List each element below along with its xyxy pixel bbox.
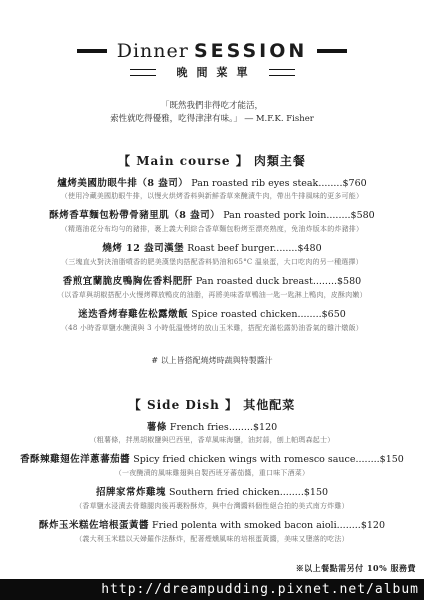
logo-subtitle: 晚間菜單 — [168, 64, 257, 80]
section-heading-side-dish: 【 Side Dish 】 其他配菜 — [0, 396, 424, 413]
menu-item-name-zh: 香酥辣雞翅佐洋蔥蕃茄醬 — [20, 454, 130, 465]
menu-item: 燒烤 12 盎司漢堡 Roast beef burger........$480… — [0, 243, 424, 267]
menu-item-price: $580 — [337, 276, 361, 287]
menu-item-title: 爐烤美國肋眼牛排（8 盎司） Pan roasted rib eyes stea… — [0, 178, 424, 191]
logo-title: Dinner SESSION — [117, 40, 308, 62]
menu-item-name-en: Southern fried chicken — [169, 487, 280, 498]
quote: 「既然我們非得吃才能活， 索性就吃得優雅，吃得津津有味。」 ― M.F.K. F… — [0, 100, 424, 126]
menu-item-title: 迷迭香烤春雞佐松露燉飯 Spice roasted chicken.......… — [0, 309, 424, 322]
menu-item-name-en: French fries — [170, 422, 229, 433]
menu-item-title: 香煎宜蘭脆皮鴨胸佐香料肥肝 Pan roasted duck breast...… — [0, 276, 424, 289]
menu-item-description: （一夜醃漬的風味雞翅與自製西班牙蕃茄醬，重口味下酒菜） — [0, 468, 424, 478]
menu-item-price: $150 — [304, 487, 328, 498]
menu-item-title: 招牌家常炸雞塊 Southern fried chicken........$1… — [0, 487, 424, 500]
menu-item-description: （48 小時香草鹽水醃漬與 3 小時低溫慢烤的放山玉米雞，搭配充滿松露奶油香氣的… — [0, 323, 424, 333]
menu-item-title: 薯條 French fries........$120 — [0, 422, 424, 435]
menu-item-price: $480 — [297, 243, 321, 254]
dot-leader: ........ — [297, 309, 321, 320]
menu-item: 迷迭香烤春雞佐松露燉飯 Spice roasted chicken.......… — [0, 309, 424, 333]
menu-item: 爐烤美國肋眼牛排（8 盎司） Pan roasted rib eyes stea… — [0, 178, 424, 202]
dot-leader: ........ — [229, 422, 253, 433]
quote-line-2: 索性就吃得優雅，吃得津津有味。」 ― M.F.K. Fisher — [0, 113, 424, 126]
service-charge-note: ※以上餐點需另付 10% 服務費 — [296, 563, 416, 574]
watermark-url-bar: http://dreampudding.pixnet.net/album — [0, 579, 424, 600]
main-course-note: # 以上皆搭配燒烤時蔬與特製醬汁 — [0, 355, 424, 366]
menu-item-title: 酥烤香草麵包粉帶骨豬里肌（8 盎司） Pan roasted pork loin… — [0, 210, 424, 223]
menu-item-name-en: Pan roasted rib eyes steak — [191, 178, 318, 189]
section-heading-main-course: 【 Main course 】 肉類主餐 — [0, 152, 424, 169]
quote-line-1: 「既然我們非得吃才能活， — [0, 100, 424, 113]
menu-item-description: （香草鹽水浸漬去骨雞腿肉後再裹粉酥炸，與中台灣醬料個性絕合拍的美式南方炸雞） — [0, 501, 424, 511]
dot-leader: ........ — [326, 210, 350, 221]
logo-right-bar — [317, 49, 347, 53]
menu-item-price: $650 — [322, 309, 346, 320]
menu-item-name-en: Pan roasted pork loin — [223, 210, 326, 221]
menu-item-name-zh: 酥烤香草麵包粉帶骨豬里肌（8 盎司） — [49, 210, 220, 221]
menu-item-description: （粗薯條，拌黑胡椒鹽與巴西里，香草風味海鹽，油封蒜，刨上帕瑪森起士） — [0, 435, 424, 445]
menu-item-name-zh: 薯條 — [147, 422, 167, 433]
menu-item-title: 酥炸玉米糕佐培根蛋黃醬 Fried polenta with smoked ba… — [0, 520, 424, 533]
menu-item-name-zh: 爐烤美國肋眼牛排（8 盎司） — [57, 178, 188, 189]
menu-item-name-zh: 酥炸玉米糕佐培根蛋黃醬 — [39, 520, 149, 531]
menu-item-name-en: Spice roasted chicken — [191, 309, 297, 320]
menu-item-name-zh: 燒烤 12 盎司漢堡 — [102, 243, 184, 254]
menu-item-name-zh: 香煎宜蘭脆皮鴨胸佐香料肥肝 — [63, 276, 193, 287]
menu-item-name-en: Fried polenta with smoked bacon aioli — [152, 520, 337, 531]
dot-leader: ........ — [313, 276, 337, 287]
menu-item-name-en: Roast beef burger — [187, 243, 273, 254]
menu-item-name-en: Pan roasted duck breast — [196, 276, 313, 287]
menu-item-price: $580 — [351, 210, 375, 221]
main-course-items: 爐烤美國肋眼牛排（8 盎司） Pan roasted rib eyes stea… — [0, 178, 424, 333]
menu-page: Dinner SESSION 晚間菜單 「既然我們非得吃才能活， 索性就吃得優雅… — [0, 0, 424, 600]
logo-title-session: SESSION — [194, 40, 307, 62]
menu-item-price: $120 — [361, 520, 385, 531]
menu-item-price: $150 — [380, 454, 404, 465]
menu-item: 酥炸玉米糕佐培根蛋黃醬 Fried polenta with smoked ba… — [0, 520, 424, 544]
menu-item: 香酥辣雞翅佐洋蔥蕃茄醬 Spicy fried chicken wings wi… — [0, 454, 424, 478]
dot-leader: ........ — [280, 487, 304, 498]
menu-item-name-zh: 招牌家常炸雞塊 — [96, 487, 166, 498]
menu-item: 香煎宜蘭脆皮鴨胸佐香料肥肝 Pan roasted duck breast...… — [0, 276, 424, 300]
menu-item: 酥烤香草麵包粉帶骨豬里肌（8 盎司） Pan roasted pork loin… — [0, 210, 424, 234]
dot-leader: ........ — [355, 454, 379, 465]
menu-item-price: $120 — [253, 422, 277, 433]
logo-title-dinner: Dinner — [117, 40, 189, 62]
logo: Dinner SESSION — [0, 40, 424, 62]
logo-subtitle-row: 晚間菜單 — [0, 64, 424, 80]
menu-item: 招牌家常炸雞塊 Southern fried chicken........$1… — [0, 487, 424, 511]
dot-leader: ........ — [273, 243, 297, 254]
menu-item-description: （義大利玉米糕以天婦羅作法酥炸，配著煙燻風味的培根蛋黃醬，美味又墮落的吃法） — [0, 534, 424, 544]
dot-leader: ........ — [337, 520, 361, 531]
dot-leader: ........ — [318, 178, 342, 189]
logo-left-double-line — [130, 69, 156, 76]
menu-item-name-zh: 迷迭香烤春雞佐松露燉飯 — [78, 309, 188, 320]
menu-item-price: $760 — [342, 178, 366, 189]
menu-item-description: （三塊直火對決油脂噴香的肥美漢堡肉搭配香料奶油和65°C 溫泉蛋，大口吃肉的另一… — [0, 257, 424, 267]
logo-right-double-line — [269, 69, 295, 76]
menu-item: 薯條 French fries........$120 （粗薯條，拌黑胡椒鹽與巴… — [0, 422, 424, 446]
menu-item-title: 燒烤 12 盎司漢堡 Roast beef burger........$480 — [0, 243, 424, 256]
menu-item-description: （使用冷藏美國肋眼牛排，以慢火烘烤香料與新鮮香草來醃漬牛肉，帶出牛排風味的更多可… — [0, 191, 424, 201]
logo-left-bar — [77, 49, 107, 53]
menu-item-description: （以香草與胡椒搭配小火慢烤釋放鴨皮的油脂，再將美味香草鴨油一匙一匙淋上鴨肉，皮酥… — [0, 290, 424, 300]
menu-item-name-en: Spicy fried chicken wings with romesco s… — [133, 454, 355, 465]
menu-item-title: 香酥辣雞翅佐洋蔥蕃茄醬 Spicy fried chicken wings wi… — [0, 454, 424, 467]
side-dish-items: 薯條 French fries........$120 （粗薯條，拌黑胡椒鹽與巴… — [0, 422, 424, 544]
menu-item-description: （精選油花分布均勻的豬排，裹上義大利綜合香草麵包粉烤至漂亮熟度，免油炸版本的炸豬… — [0, 224, 424, 234]
